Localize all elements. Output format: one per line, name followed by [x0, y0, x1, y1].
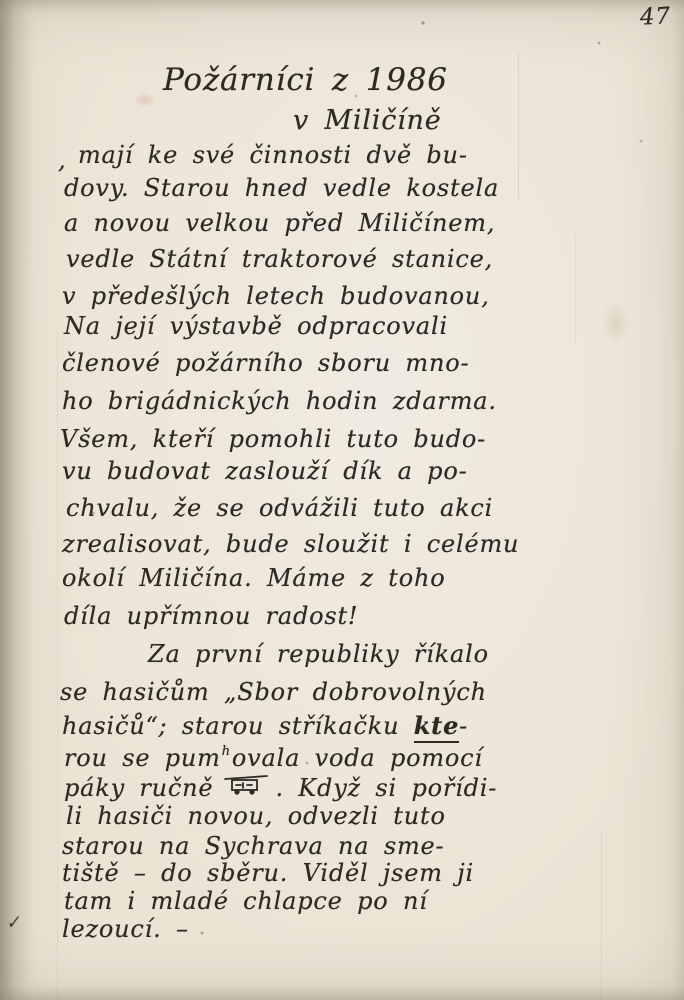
page-subtitle: v Miličíně — [293, 105, 442, 136]
line-segment: - — [459, 712, 468, 740]
handwritten-line: Za první republiky říkalo — [148, 640, 489, 668]
handwritten-line: vu budovat zaslouží dík a po- — [62, 457, 468, 485]
paper-crease — [575, 235, 576, 345]
handwritten-line: okolí Miličína. Máme z toho — [62, 564, 446, 592]
handwritten-line: rou se pumhovala voda pomocí — [64, 744, 483, 772]
paper-stain — [600, 300, 630, 346]
handwritten-line: ho brigádnických hodin zdarma. — [62, 387, 497, 415]
paper-crease — [601, 830, 602, 1000]
handwritten-line: hasičů“; starou stříkačku kte- — [62, 711, 468, 740]
underlined-word: kte — [414, 711, 459, 743]
handwritten-line: starou na Sychrava na sme- — [62, 832, 444, 860]
handwritten-line: Všem, kteří pomohli tuto budo- — [60, 425, 486, 453]
handwritten-line: mají ke své činnosti dvě bu- — [78, 141, 468, 169]
line-segment: hasičů“; starou stříkačku — [62, 712, 414, 740]
stray-ink-mark: , — [58, 146, 66, 174]
handwritten-line: lezoucí. – — [62, 915, 189, 943]
handwritten-line: zrealisovat, bude sloužit i celému — [62, 530, 519, 558]
handwritten-line: členové požárního sboru mno- — [62, 349, 469, 377]
handwritten-line: Na její výstavbě odpracovali — [64, 312, 448, 340]
line-segment: . Když si pořídi- — [275, 774, 497, 802]
paper-specks — [0, 0, 2, 2]
paper-crease — [518, 52, 519, 202]
line-segment: rou se pum — [64, 744, 221, 772]
handwritten-line: chvalu, že se odvážili tuto akci — [66, 494, 493, 522]
handwritten-line: díla upřímnou radost! — [64, 602, 358, 630]
handwritten-line: tiště – do sběru. Viděl jsem ji — [62, 859, 474, 887]
handwritten-line: li hasiči novou, odvezli tuto — [66, 802, 446, 830]
handwritten-line: v předešlých letech budovanou, — [62, 282, 490, 310]
page-title: Požárníci z 1986 — [163, 62, 448, 98]
pump-cart-sketch-icon — [223, 772, 269, 802]
handwritten-line: vedle Státní traktorové stanice, — [66, 245, 493, 273]
page-number: 47 — [639, 3, 671, 31]
handwritten-line: tam i mladé chlapce po ní — [64, 887, 428, 915]
paper-stain — [134, 92, 156, 108]
handwritten-line: dovy. Starou hned vedle kostela — [64, 174, 499, 202]
paper-crease — [57, 330, 58, 1000]
inserted-letter: h — [222, 744, 231, 759]
scanned-page: 47 Požárníci z 1986 v Miličíně , mají ke… — [0, 0, 684, 1000]
handwritten-line: se hasičům „Sbor dobrovolných — [60, 678, 487, 706]
handwritten-line: páky ručně. Když si pořídi- — [64, 772, 497, 802]
ink-checkmark: ✓ — [5, 912, 23, 934]
line-segment: ovala voda pomocí — [232, 744, 483, 772]
line-segment: páky ručně — [64, 774, 213, 802]
handwritten-line: a novou velkou před Miličínem, — [64, 209, 495, 237]
